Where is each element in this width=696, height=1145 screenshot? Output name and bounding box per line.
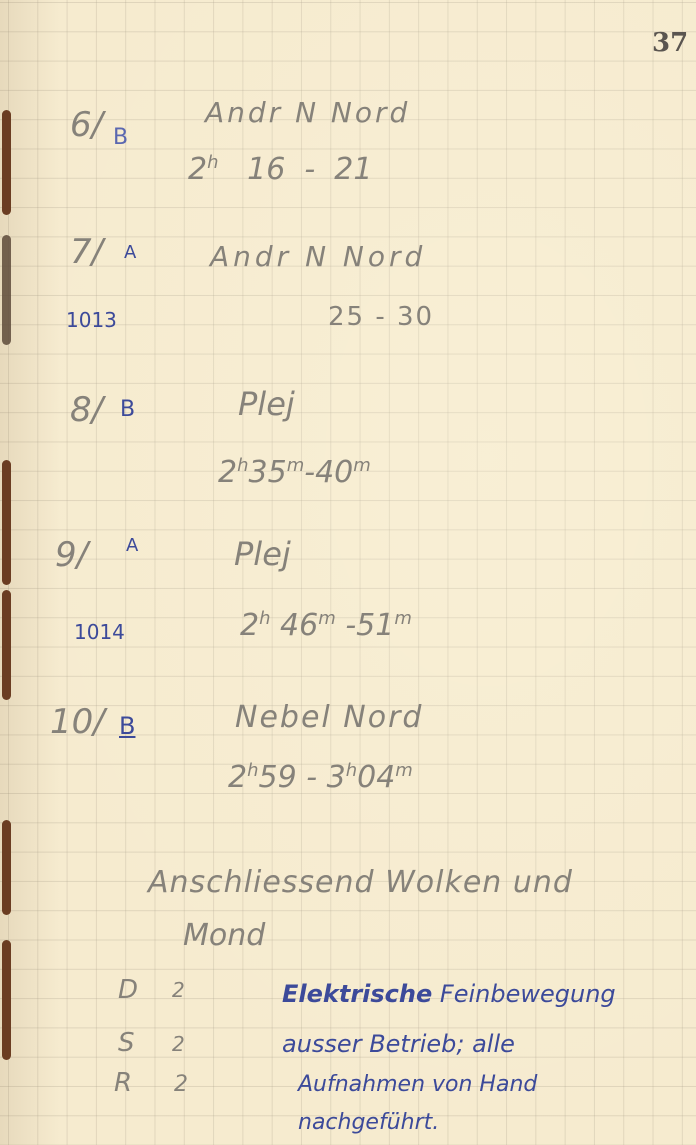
entry-target: Andr N Nord: [205, 96, 410, 129]
page-number: 37: [652, 28, 688, 58]
binding-thread: [2, 110, 11, 215]
closing-note-line: Anschliessend Wolken und: [148, 865, 573, 900]
entry-label: B: [113, 125, 128, 150]
binding-thread: [2, 460, 11, 585]
entry-time: 2h 16 - 21: [188, 152, 372, 187]
remark-text: Feinbewegung: [440, 980, 616, 1008]
remark-line: Aufnahmen von Hand: [298, 1072, 537, 1097]
entry-time: 2h 46m -51m: [240, 608, 412, 643]
entry-label: A: [124, 242, 136, 263]
entry-label: B: [120, 397, 135, 422]
entry-time: 2h59 - 3h04m: [228, 760, 413, 795]
binding-thread: [2, 590, 11, 700]
notebook-page: 37 6/ B Andr N Nord 2h 16 - 21 7/ A Andr…: [0, 0, 696, 1145]
entry-index: 7/: [70, 232, 103, 272]
rating-value: 2: [174, 1072, 188, 1097]
entry-time: 2h35m-40m: [218, 455, 371, 490]
closing-note-line: Mond: [183, 918, 265, 953]
entry-plate: 1014: [74, 620, 125, 644]
remark-line: nachgeführt.: [298, 1110, 439, 1135]
entry-index: 6/: [70, 105, 103, 145]
entry-target: Nebel Nord: [235, 700, 423, 735]
entry-label: A: [126, 535, 138, 556]
binding-thread: [2, 940, 11, 1060]
remark-bold: Elektrische: [282, 980, 432, 1008]
entry-index: 9/: [55, 535, 88, 575]
entry-target: Andr N Nord: [210, 240, 426, 273]
rating-letter: D: [118, 975, 138, 1005]
remark-line: Elektrische Feinbewegung: [282, 980, 616, 1008]
entry-target: Plej: [238, 385, 295, 423]
entry-label: B: [119, 712, 135, 740]
rating-value: 2: [172, 978, 185, 1002]
rating-value: 2: [172, 1032, 185, 1056]
entry-index: 10/: [50, 702, 105, 742]
binding-thread: [2, 235, 11, 345]
rating-letter: R: [114, 1068, 132, 1098]
binding-thread: [2, 820, 11, 915]
entry-plate: 1013: [66, 308, 117, 332]
remark-line: ausser Betrieb; alle: [282, 1030, 515, 1058]
rating-letter: S: [118, 1028, 135, 1058]
entry-index: 8/: [70, 390, 103, 430]
entry-target: Plej: [234, 535, 291, 573]
entry-time: 25 - 30: [328, 302, 434, 332]
